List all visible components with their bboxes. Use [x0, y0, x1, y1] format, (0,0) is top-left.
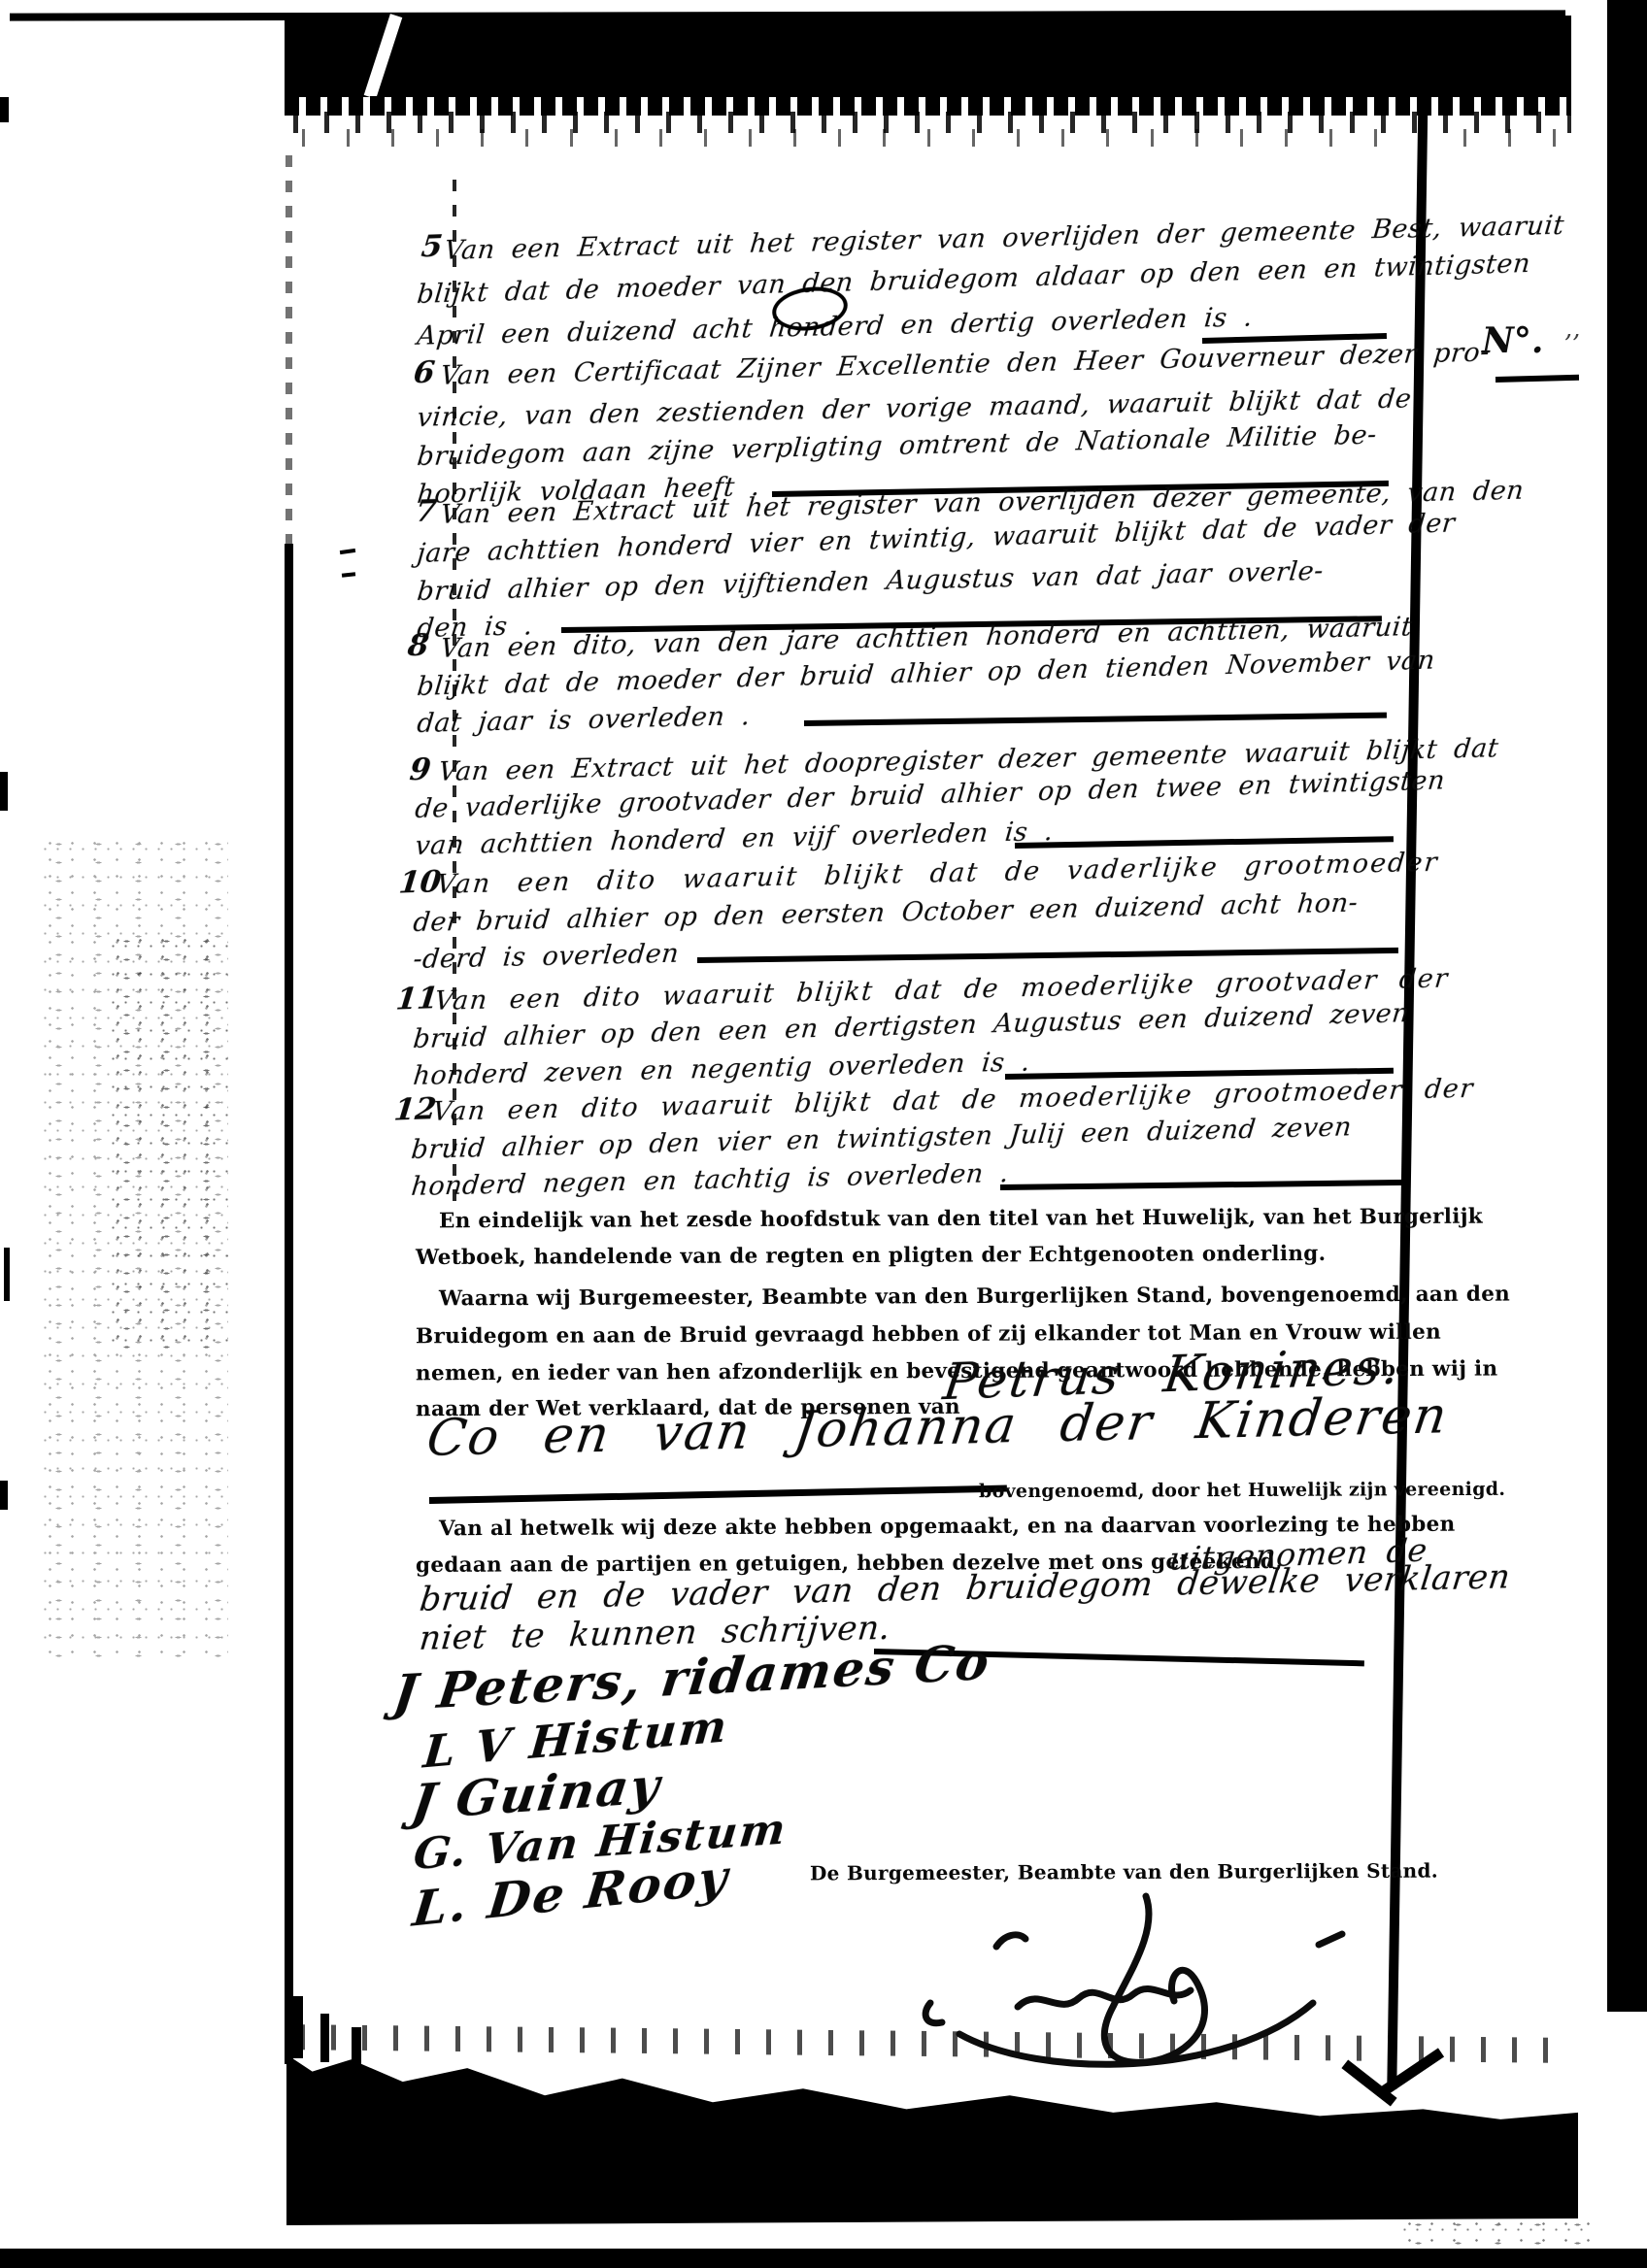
margin-tick [340, 549, 355, 554]
clause-fill-rule-12 [1000, 1180, 1408, 1190]
scanned-marriage-certificate: N°. ’’ 5 Van een Extract uit het registe… [0, 0, 1647, 2268]
united-fill-rule [429, 1485, 1007, 1504]
printed-closing-line: Wetboek, handelende van de regten en pli… [416, 1242, 1326, 1270]
left-edge-mark2 [0, 772, 8, 811]
left-scan-bar-upper [286, 155, 292, 544]
act-number-underline [1496, 375, 1579, 383]
clause-fill-rule-10 [697, 948, 1398, 963]
top-scan-band [285, 16, 1571, 97]
bottom-band-spike3 [352, 2027, 361, 2064]
official-title-line: De Burgemeester, Beambte van den Burgerl… [810, 1859, 1438, 1885]
margin-tick2 [342, 572, 355, 577]
clause-line: -derd is overleden . [412, 938, 706, 975]
right-edge-band [1607, 0, 1647, 2012]
act-number-block: N°. ’’ [1482, 320, 1628, 361]
left-edge-mark3 [4, 1248, 10, 1301]
clause-fill-rule-9 [1015, 836, 1394, 849]
clause-fill-rule-8 [804, 713, 1387, 726]
bottom-right-speckles [1398, 2216, 1593, 2249]
printed-declaration-line: Waarna wij Burgemeester, Beambte van den… [439, 1283, 1510, 1312]
clause-line: van achttien honderd en vijf overleden i… [414, 817, 1055, 861]
top-band-fringe3 [285, 129, 1571, 147]
printed-closing-line: En eindelijk van het zesde hoofdstuk van… [439, 1205, 1483, 1234]
left-margin-bleed-noise-dense [107, 932, 228, 1350]
clause-line: honderd negen en tachtig is overleden . [410, 1158, 1010, 1202]
clause-number: 8 [406, 628, 430, 664]
act-number-label: N°. [1482, 320, 1543, 361]
clause-number: 7 [414, 494, 438, 530]
left-edge-mark4 [0, 1481, 8, 1510]
clause-line: dat jaar is overleden . [416, 701, 752, 739]
clause-line: honderd zeven en negentig overleden is . [412, 1048, 1031, 1091]
clause-number: 5 [420, 229, 444, 265]
clause-number: 6 [412, 355, 436, 391]
clause-number: 9 [408, 752, 432, 788]
bottom-band-spike2 [320, 2014, 329, 2062]
bottom-edge-rule [0, 2249, 1647, 2268]
printed-united-line: bovengenoemd, door het Huwelijk zijn ver… [979, 1479, 1505, 1502]
left-scan-bar [285, 544, 293, 2064]
bottom-band-spike [291, 1996, 303, 2058]
burgemeester-signature [903, 1888, 1360, 2083]
left-edge-mark [0, 97, 9, 122]
act-number-mark: ’’ [1564, 330, 1581, 359]
